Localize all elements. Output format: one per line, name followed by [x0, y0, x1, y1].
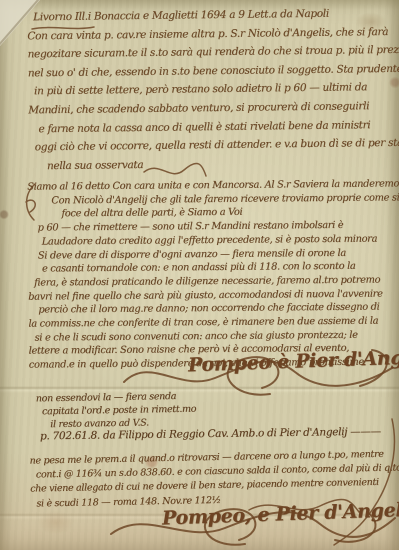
manuscript-page: Livorno Ill.i Bonaccia e Maglietti 1694 … — [0, 0, 399, 550]
postscript-note: non essendovi la — fiera senda capitata … — [36, 390, 197, 432]
flourish-stroke — [334, 419, 394, 545]
flourish-stroke — [144, 163, 206, 176]
opening-paragraph: Livorno Ill.i Bonaccia e Maglietti 1694 … — [27, 4, 399, 176]
pen-stroke-tail — [330, 415, 399, 550]
